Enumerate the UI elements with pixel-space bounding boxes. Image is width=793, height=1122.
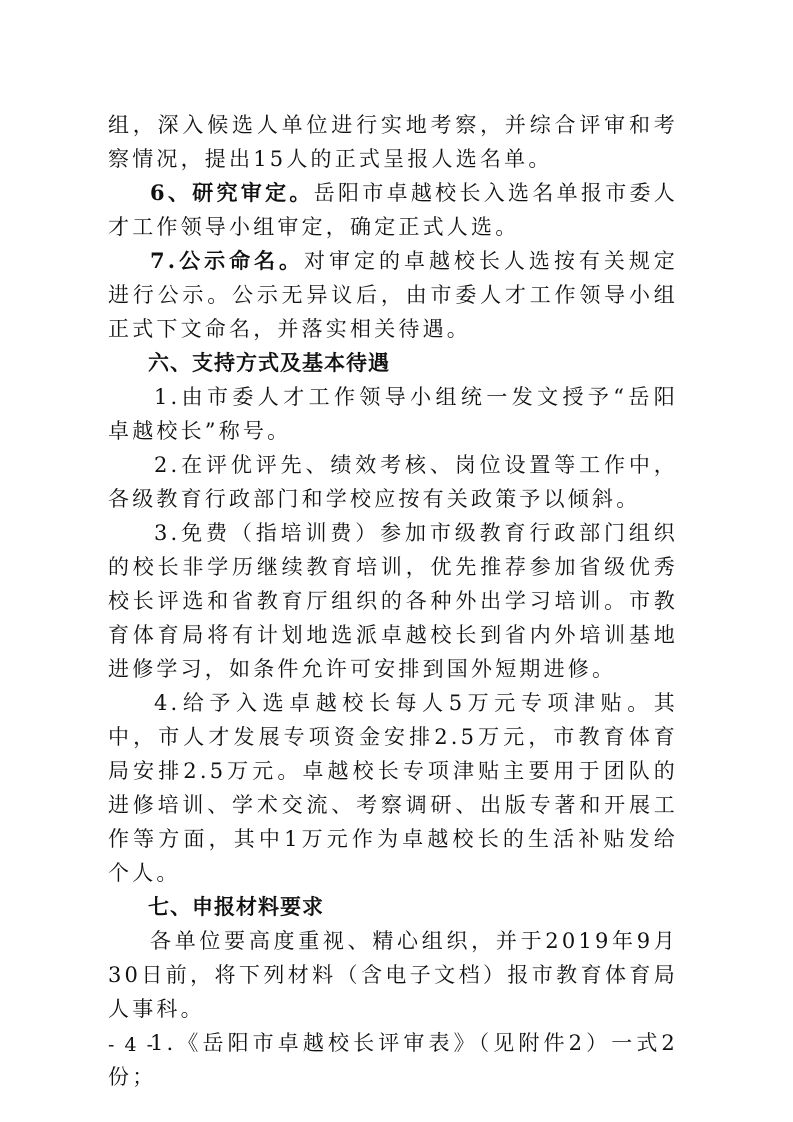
paragraph-step-7: 7.公示命名。对审定的卓越校长人选按有关规定进行公示。公示无异议后，由市委人才工… bbox=[108, 244, 678, 346]
page-number: - 4 - bbox=[108, 1034, 155, 1056]
step-7-title: 7.公示命名。 bbox=[150, 248, 304, 273]
section-6-item-1: 1.由市委人才工作领导小组统一发文授予“岳阳卓越校长”称号。 bbox=[108, 380, 678, 448]
paragraph-continuation: 组，深入候选人单位进行实地考察，并综合评审和考察情况，提出15人的正式呈报人选名… bbox=[108, 108, 678, 176]
section-6-item-2: 2.在评优评先、绩效考核、岗位设置等工作中，各级教育行政部门和学校应按有关政策予… bbox=[108, 448, 678, 516]
section-7-item-1: 1.《岳阳市卓越校长评审表》（见附件2）一式2份； bbox=[108, 1026, 678, 1094]
paragraph-step-6: 6、研究审定。岳阳市卓越校长入选名单报市委人才工作领导小组审定，确定正式人选。 bbox=[108, 176, 678, 244]
document-body: 组，深入候选人单位进行实地考察，并综合评审和考察情况，提出15人的正式呈报人选名… bbox=[108, 108, 678, 1094]
step-6-title: 6、研究审定。 bbox=[150, 180, 314, 205]
section-6-item-3: 3.免费（指培训费）参加市级教育行政部门组织的校长非学历继续教育培训，优先推荐参… bbox=[108, 516, 678, 686]
section-6-item-4: 4.给予入选卓越校长每人5万元专项津贴。其中，市人才发展专项资金安排2.5万元，… bbox=[108, 686, 678, 890]
section-7-intro: 各单位要高度重视、精心组织，并于2019年9月30日前，将下列材料（含电子文档）… bbox=[108, 924, 678, 1026]
section-6-heading: 六、支持方式及基本待遇 bbox=[108, 346, 678, 380]
section-7-heading: 七、申报材料要求 bbox=[108, 890, 678, 924]
